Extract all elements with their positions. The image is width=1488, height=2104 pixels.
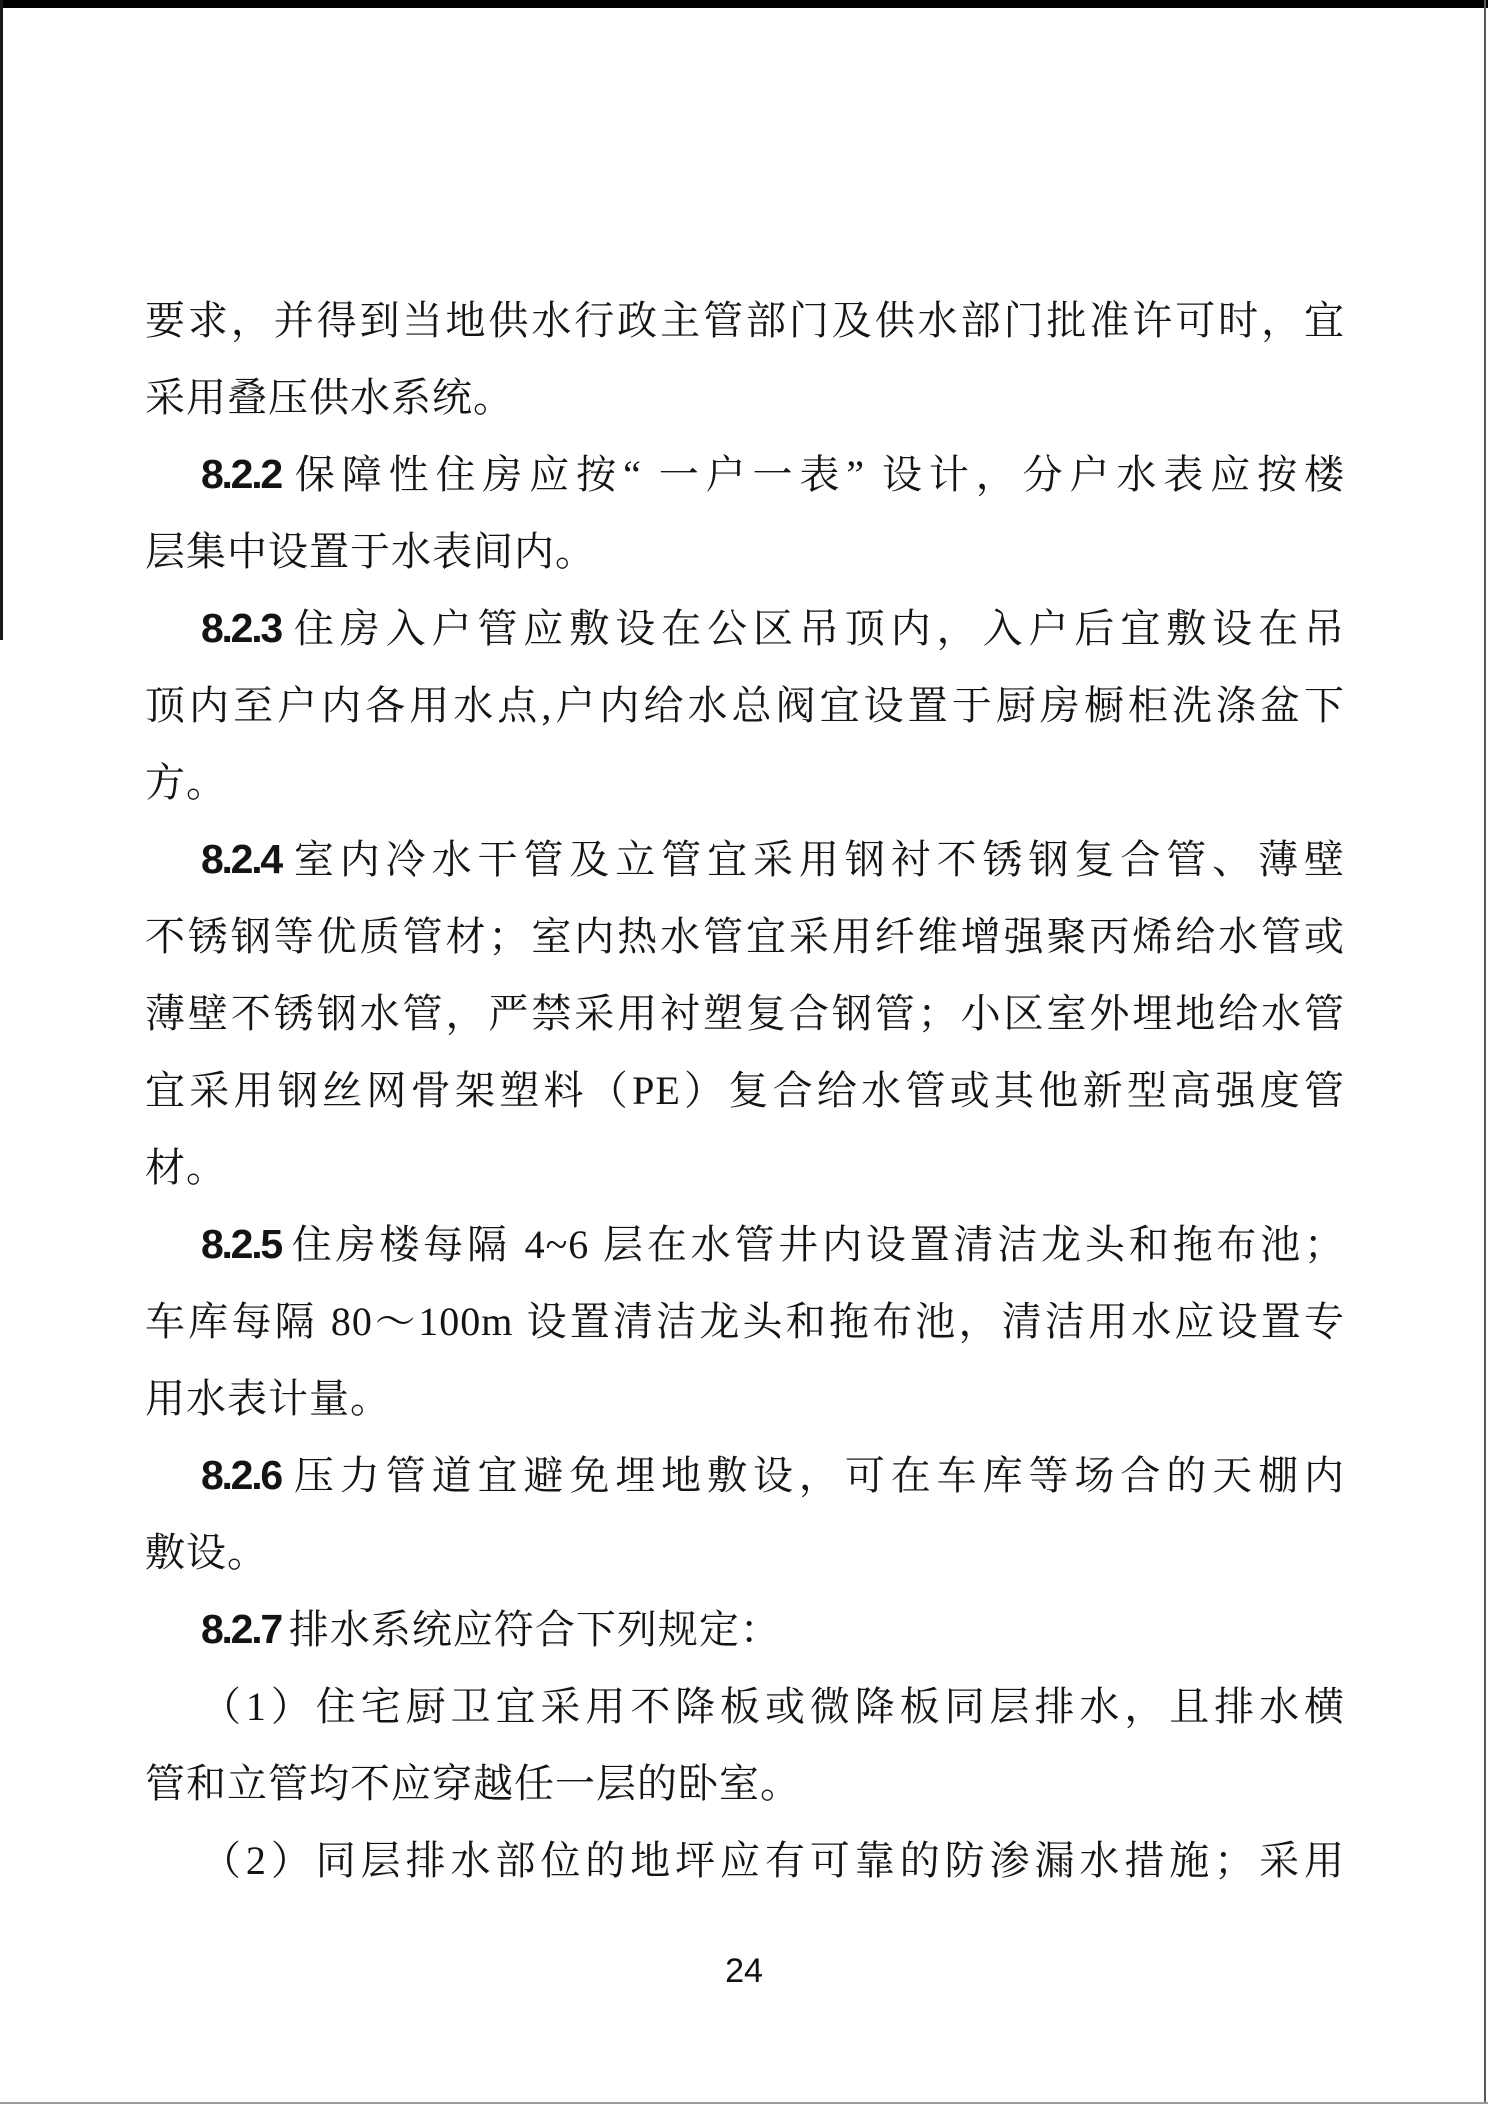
- text-line: 顶内至户内各用水点,户内给水总阀宜设置于厨房橱柜洗涤盆下: [145, 667, 1345, 744]
- text-line: 8.2.5住房楼每隔 4~6 层在水管井内设置清洁龙头和拖布池；: [145, 1206, 1345, 1283]
- section-number: 8.2.2: [201, 451, 281, 497]
- left-edge-line: [0, 0, 3, 640]
- text-line: 方。: [145, 744, 1345, 821]
- text-line: 薄壁不锈钢水管，严禁采用衬塑复合钢管；小区室外埋地给水管: [145, 975, 1345, 1052]
- text-line: 材。: [145, 1129, 1345, 1206]
- line-text: 车库每隔 80～100m 设置清洁龙头和拖布池，清洁用水应设置专: [145, 1299, 1345, 1344]
- line-text: 住房楼每隔 4~6 层在水管井内设置清洁龙头和拖布池；: [289, 1222, 1345, 1267]
- text-line: 采用叠压供水系统。: [145, 359, 1345, 436]
- text-line: 敷设。: [145, 1514, 1345, 1591]
- section-number: 8.2.4: [201, 836, 281, 882]
- line-text: 宜采用钢丝网骨架塑料（PE）复合给水管或其他新型高强度管: [145, 1068, 1345, 1113]
- line-text: （2）同层排水部位的地坪应有可靠的防渗漏水措施；采用: [201, 1838, 1345, 1883]
- line-text: 敷设。: [145, 1530, 268, 1575]
- text-line: （2）同层排水部位的地坪应有可靠的防渗漏水措施；采用: [145, 1822, 1345, 1899]
- line-text: 保障性住房应按“ 一户一表” 设计，分户水表应按楼: [289, 452, 1345, 497]
- text-line: 8.2.3住房入户管应敷设在公区吊顶内，入户后宜敷设在吊: [145, 590, 1345, 667]
- page-body: 要求，并得到当地供水行政主管部门及供水部门批准许可时，宜 采用叠压供水系统。 8…: [145, 282, 1345, 1899]
- text-line: 用水表计量。: [145, 1360, 1345, 1437]
- text-line: 要求，并得到当地供水行政主管部门及供水部门批准许可时，宜: [145, 282, 1345, 359]
- section-number: 8.2.5: [201, 1221, 281, 1267]
- text-line: 8.2.7排水系统应符合下列规定：: [145, 1591, 1345, 1668]
- text-line: 8.2.4室内冷水干管及立管宜采用钢衬不锈钢复合管、薄壁: [145, 821, 1345, 898]
- text-line: 8.2.6压力管道宜避免埋地敷设，可在车库等场合的天棚内: [145, 1437, 1345, 1514]
- text-line: 层集中设置于水表间内。: [145, 513, 1345, 590]
- text-line: （1）住宅厨卫宜采用不降板或微降板同层排水，且排水横: [145, 1668, 1345, 1745]
- text-line: 管和立管均不应穿越任一层的卧室。: [145, 1745, 1345, 1822]
- text-line: 宜采用钢丝网骨架塑料（PE）复合给水管或其他新型高强度管: [145, 1052, 1345, 1129]
- line-text: 顶内至户内各用水点,户内给水总阀宜设置于厨房橱柜洗涤盆下: [145, 683, 1345, 728]
- line-text: 用水表计量。: [145, 1376, 391, 1421]
- right-edge-line: [1484, 0, 1486, 2104]
- section-number: 8.2.6: [201, 1452, 281, 1498]
- line-text: 压力管道宜避免埋地敷设，可在车库等场合的天棚内: [289, 1453, 1345, 1498]
- line-text: 材。: [145, 1145, 227, 1190]
- line-text: 室内冷水干管及立管宜采用钢衬不锈钢复合管、薄壁: [289, 837, 1345, 882]
- page-number: 24: [0, 1952, 1488, 1991]
- section-number: 8.2.3: [201, 605, 281, 651]
- line-text: 管和立管均不应穿越任一层的卧室。: [145, 1761, 801, 1806]
- line-text: 要求，并得到当地供水行政主管部门及供水部门批准许可时，宜: [145, 298, 1345, 343]
- line-text: 薄壁不锈钢水管，严禁采用衬塑复合钢管；小区室外埋地给水管: [145, 991, 1345, 1036]
- line-text: 方。: [145, 760, 227, 805]
- line-text: 住房入户管应敷设在公区吊顶内，入户后宜敷设在吊: [289, 606, 1345, 651]
- line-text: 不锈钢等优质管材；室内热水管宜采用纤维增强聚丙烯给水管或: [145, 914, 1345, 959]
- line-text: 层集中设置于水表间内。: [145, 529, 596, 574]
- line-text: 排水系统应符合下列规定：: [289, 1607, 781, 1652]
- document-page: 要求，并得到当地供水行政主管部门及供水部门批准许可时，宜 采用叠压供水系统。 8…: [0, 0, 1488, 2104]
- section-number: 8.2.7: [201, 1606, 281, 1652]
- line-text: 采用叠压供水系统。: [145, 375, 514, 420]
- top-border-bar: [0, 0, 1488, 8]
- text-line: 不锈钢等优质管材；室内热水管宜采用纤维增强聚丙烯给水管或: [145, 898, 1345, 975]
- line-text: （1）住宅厨卫宜采用不降板或微降板同层排水，且排水横: [201, 1684, 1345, 1729]
- text-line: 8.2.2保障性住房应按“ 一户一表” 设计，分户水表应按楼: [145, 436, 1345, 513]
- text-line: 车库每隔 80～100m 设置清洁龙头和拖布池，清洁用水应设置专: [145, 1283, 1345, 1360]
